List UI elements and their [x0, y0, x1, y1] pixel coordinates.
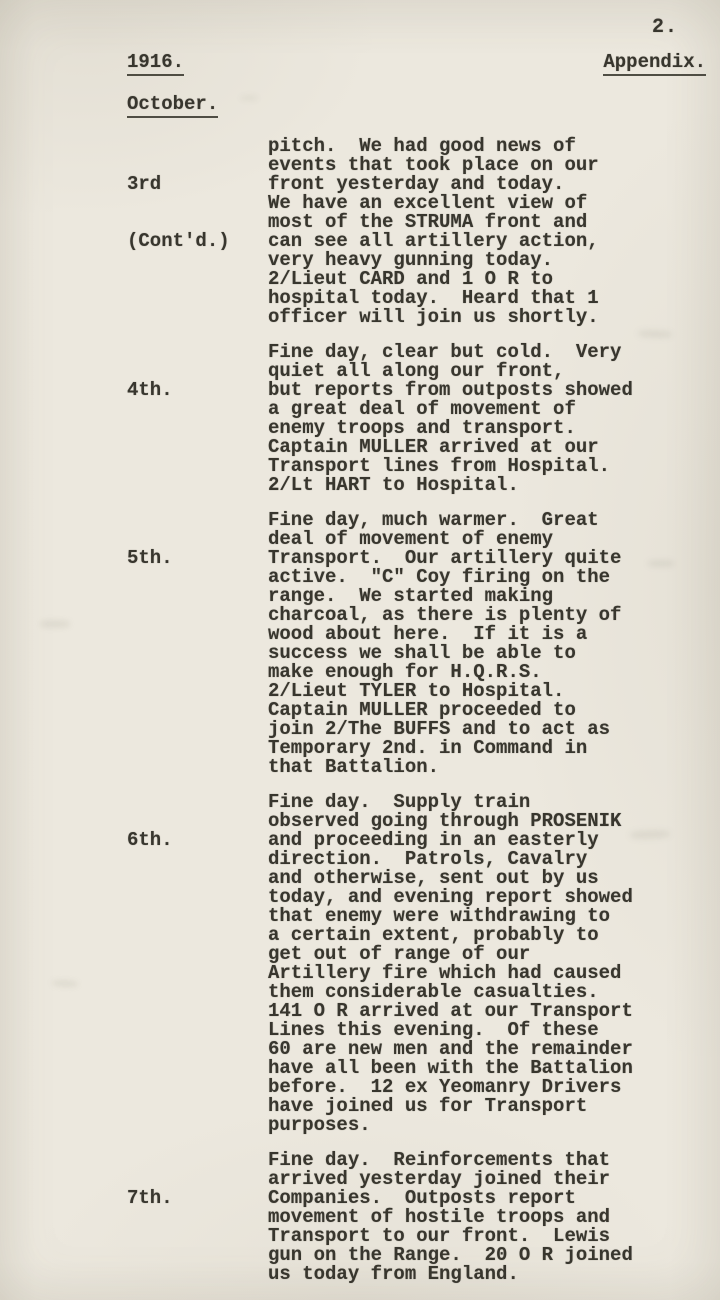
- entry-date-label: 4th.: [127, 381, 268, 400]
- month-heading-row: October.: [127, 95, 706, 118]
- entry-body: Fine day. Supply train observed going th…: [268, 793, 706, 1135]
- diary-entries: 3rd (Cont'd.) pitch. We had good news of…: [127, 137, 706, 1284]
- page-number: 2.: [652, 16, 678, 39]
- entry-body: Fine day. Reinforcements that arrived ye…: [268, 1151, 706, 1284]
- diary-entry-7th: 7th. Fine day. Reinforcements that arriv…: [127, 1151, 706, 1284]
- entry-date-label: 3rd: [127, 175, 268, 194]
- entry-date-label: 7th.: [127, 1189, 268, 1208]
- entry-date: 7th.: [127, 1151, 268, 1284]
- paper-smudge: [52, 979, 78, 987]
- entry-date: 6th.: [127, 793, 268, 1135]
- diary-entry-4th: 4th. Fine day, clear but cold. Very quie…: [127, 343, 706, 495]
- appendix-heading: Appendix.: [603, 53, 706, 76]
- year-heading: 1916.: [127, 53, 184, 76]
- diary-entry-5th: 5th. Fine day, much warmer. Great deal o…: [127, 511, 706, 777]
- entry-date: 3rd (Cont'd.): [127, 137, 268, 327]
- diary-entry-6th: 6th. Fine day. Supply train observed goi…: [127, 793, 706, 1135]
- diary-entry-3rd: 3rd (Cont'd.) pitch. We had good news of…: [127, 137, 706, 327]
- page-header: 1916. Appendix.: [127, 53, 706, 76]
- entry-date-label: 6th.: [127, 831, 268, 850]
- entry-body: pitch. We had good news of events that t…: [268, 137, 706, 327]
- entry-date-continued: (Cont'd.): [127, 232, 268, 251]
- page-content: 1916. Appendix. October. 3rd (Cont'd.) p…: [127, 53, 706, 1300]
- entry-body: Fine day, much warmer. Great deal of mov…: [268, 511, 706, 777]
- war-diary-scanned-page: 2. 1916. Appendix. October. 3rd (Cont'd.…: [0, 0, 720, 1300]
- month-heading: October.: [127, 95, 218, 118]
- paper-smudge: [40, 620, 70, 628]
- entry-date: 5th.: [127, 511, 268, 777]
- entry-date: 4th.: [127, 343, 268, 495]
- entry-body: Fine day, clear but cold. Very quiet all…: [268, 343, 706, 495]
- entry-date-label: 5th.: [127, 549, 268, 568]
